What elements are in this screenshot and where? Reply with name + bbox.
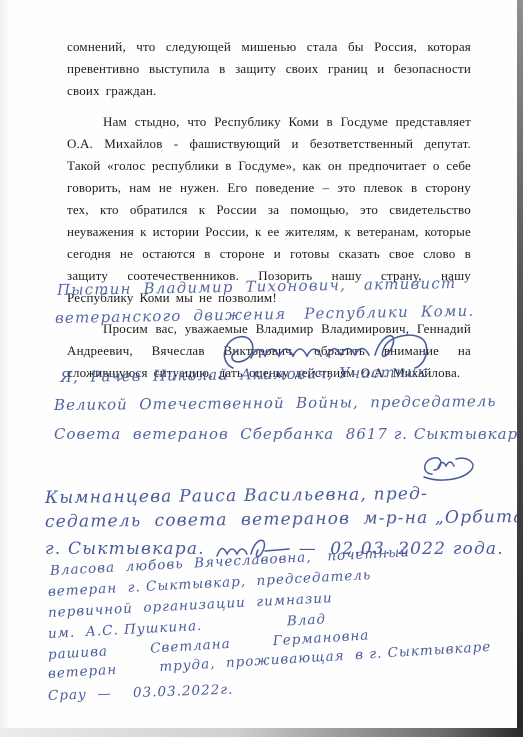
scan-bottom-edge	[0, 728, 523, 737]
handwritten-line: седатель совета ветеранов м-р-на „Орбита…	[45, 507, 523, 532]
handwritten-line: Великой Отечественной Войны, председател…	[54, 392, 497, 414]
handwritten-line: Совета ветеранов Сбербанка 8617 г. Сыкты…	[54, 425, 518, 443]
scan-left-edge	[0, 0, 9, 737]
scanned-letter-page: сомнений, что следующей мишенью стала бы…	[0, 0, 523, 737]
typed-paragraph-continuation: сомнений, что следующей мишенью стала бы…	[67, 36, 471, 102]
handwritten-line: Кымнанцева Раиса Васильевна, пред-	[45, 484, 428, 508]
scan-right-edge	[517, 0, 523, 737]
handwritten-line: Срау — 03.03.2022г.	[48, 682, 234, 704]
signature-stamp-icon	[414, 452, 478, 484]
